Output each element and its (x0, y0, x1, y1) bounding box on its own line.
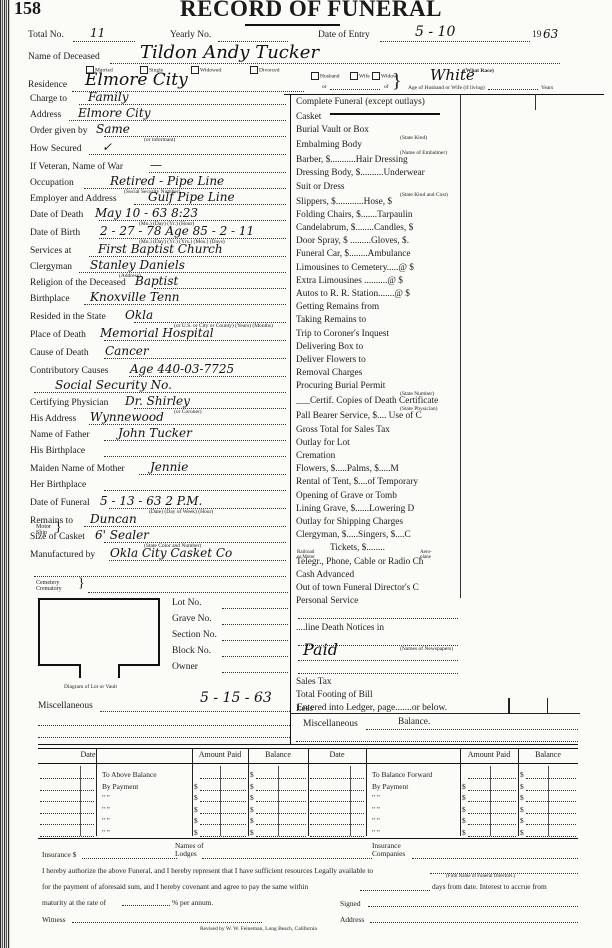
field-value[interactable]: May 10 - 63 8:23 (95, 206, 198, 220)
total-no-line (73, 41, 135, 42)
total-no-value[interactable]: 11 (90, 26, 105, 40)
currency-symbol: $ (462, 828, 466, 837)
diagram-caption: Diagram of Lot or Vault (64, 684, 117, 690)
field-label: How Secured (30, 144, 81, 154)
charge-item-label: Tickets, $........ (330, 543, 385, 553)
right-miscellaneous-field[interactable] (366, 729, 578, 730)
spouse-name-field[interactable] (330, 89, 380, 90)
currency-symbol: $ (462, 816, 466, 825)
field-value[interactable]: ✓ (102, 140, 112, 154)
witness-field[interactable] (72, 922, 262, 923)
charge-item-label: Trip to Coroner's Inquest (296, 329, 389, 339)
entered-into-ledger: Entered into Ledger, page.......or below… (297, 703, 447, 713)
field-line[interactable] (104, 440, 286, 441)
ledger-balance-field[interactable] (526, 790, 576, 791)
field-line[interactable] (104, 358, 286, 359)
field-label: His Birthplace (30, 446, 85, 456)
field-label: Certifying Physician (30, 398, 108, 408)
charge-item-label: Autos to R. R. Station.......@ $ (296, 289, 410, 299)
ledger-date-field[interactable] (310, 813, 364, 814)
maturity-text: maturity at the rate of (42, 898, 106, 907)
right-panel-border (290, 94, 291, 744)
ledger-header: Balance (248, 750, 308, 759)
payment-text-b: days from date. Interest to accrue from (432, 882, 547, 891)
lot-field-label: Grave No. (172, 614, 212, 624)
charge-item-label: Opening of Grave or Tomb (296, 491, 397, 501)
field-label: If Veteran, Name of War (30, 162, 123, 172)
currency-symbol: $ (520, 805, 524, 814)
field-caption: (or informant) (144, 137, 175, 143)
field-line[interactable] (139, 474, 286, 475)
ledger-amount-field[interactable] (200, 824, 246, 825)
field-caption: (or Coroner) (174, 409, 202, 415)
total-no-label: Total No. (28, 30, 64, 40)
charge-item-label: Door Spray, $ .........Gloves, $. (296, 236, 409, 246)
field-value[interactable]: First Baptist Church (98, 242, 223, 256)
field-label: Religion of the Deceased (30, 278, 126, 288)
address-field[interactable] (370, 922, 578, 923)
charge-item-caption: (State Kind and Cost) (400, 192, 448, 198)
ledger-col-divider (366, 748, 367, 836)
charge-item-label: Out of town Funeral Director's C (296, 583, 419, 593)
spouse-age-label: Age of Husband or Wife (if living) (408, 85, 485, 91)
residence-value[interactable]: Elmore City (85, 70, 188, 90)
field-caption: (Date) (Day of Week) (Hour) (149, 509, 213, 515)
charge-item-caption: (Names of Newspapers) (400, 646, 453, 652)
field-line[interactable] (154, 288, 286, 289)
charge-item-label: Casket (296, 112, 321, 122)
field-line[interactable] (129, 376, 286, 377)
charge-item-label: Clergyman, $.....Singers, $....C (296, 530, 411, 540)
days-field[interactable] (360, 890, 430, 891)
currency-symbol: $ (250, 816, 254, 825)
currency-symbol: $ (194, 793, 198, 802)
ledger-date-field[interactable] (40, 801, 94, 802)
right-panel-top-line (284, 94, 604, 95)
ledger-row-label-left: " " (102, 828, 110, 837)
ledger-date-field[interactable] (310, 778, 364, 779)
ledger-amount-field[interactable] (200, 836, 246, 837)
right-panel-divider (460, 94, 461, 598)
ledger-header: Balance (518, 750, 578, 759)
field-value[interactable]: Okla (125, 308, 153, 322)
field-label: Charge to (30, 94, 67, 104)
currency-symbol: $ (194, 816, 198, 825)
lot-field-input[interactable] (222, 672, 288, 673)
charge-item-label: Pall Bearer Service, $.... Use of C (296, 411, 422, 421)
complete-funeral-underline (330, 113, 440, 115)
deceased-name-value[interactable]: Tildon Andy Tucker (140, 42, 319, 63)
ledger-amount-field[interactable] (468, 778, 516, 779)
witness-label: Witness (42, 915, 66, 924)
field-label: Employer and Address (30, 194, 117, 204)
charge-item-label: Barber, $...........Hair Dressing (296, 155, 408, 165)
charge-item-label: Suit or Dress (296, 182, 345, 192)
lot-field-input[interactable] (222, 656, 288, 657)
yearly-no-label: Yearly No. (170, 30, 211, 40)
page-number: 158 (14, 0, 41, 19)
lot-diagram (38, 598, 160, 666)
spouse-of-label: of (384, 84, 389, 90)
ledger-balance-field[interactable] (526, 836, 576, 837)
date-of-entry-value[interactable]: 5 - 10 (415, 24, 455, 40)
field-value[interactable]: Retired - Pipe Line (110, 174, 224, 188)
field-value[interactable]: — (150, 158, 162, 172)
brace: } (55, 520, 62, 536)
charge-item-label: Outlay for Lot (296, 438, 350, 448)
ledger-amount-field[interactable] (200, 801, 246, 802)
field-label: Contributory Causes (30, 366, 108, 376)
field-label: Address (30, 110, 61, 120)
railroad-label: Railroad or Motor (297, 550, 315, 560)
charge-item-label: Balance. (398, 717, 430, 727)
miscellaneous-field-3[interactable] (38, 737, 290, 738)
charge-item-line[interactable] (298, 660, 458, 661)
ledger-row-label-left: By Payment (102, 782, 138, 791)
field-label: Maiden Name of Mother (30, 464, 125, 474)
charge-item-label: Cash Advanced (296, 570, 354, 580)
field-value[interactable]: Cancer (105, 344, 149, 358)
lodges-label: Names of Lodges (175, 842, 204, 858)
brace: } (78, 576, 85, 592)
name-line (110, 63, 560, 64)
ledger-date-field[interactable] (310, 824, 364, 825)
ledger-amount-field[interactable] (468, 813, 516, 814)
paid-scribble: Paid (303, 640, 338, 659)
marital-widowed[interactable]: Widowed (191, 66, 221, 74)
ledger-balance-field[interactable] (526, 778, 576, 779)
field-value[interactable]: Stanley Daniels (90, 258, 185, 272)
field-label: Clergyman (30, 262, 72, 272)
ledger-row-label-left: " " (102, 793, 110, 802)
field-label: Occupation (30, 178, 74, 188)
currency-symbol: $ (250, 782, 254, 791)
ledger-row-label-left: To Above Balance (102, 770, 156, 779)
field-line[interactable] (84, 526, 286, 527)
page-title: RECORD OF FUNERAL (180, 0, 442, 22)
entry-year-prefix: 19 (532, 30, 542, 40)
ledger-row-label-left: " " (102, 805, 110, 814)
charge-item-label: Slippers, $............Hose, $ (296, 197, 392, 207)
diagram-edge (118, 664, 120, 678)
field-line[interactable] (89, 256, 286, 257)
field-value[interactable]: Same (96, 122, 130, 136)
currency-symbol: $ (462, 793, 466, 802)
field-line[interactable] (89, 154, 286, 155)
charge-item-label: ....line Death Notices in (296, 623, 384, 633)
field-value[interactable]: Jennie (150, 460, 188, 474)
field-line[interactable] (79, 104, 286, 105)
field-label: Cause of Death (30, 348, 89, 358)
charge-item-label: Personal Service (296, 596, 358, 606)
field-label: Services at (30, 246, 71, 256)
field-value[interactable]: Elmore City (78, 106, 150, 120)
aeroplane-label: Aero- plane (420, 550, 432, 560)
ledger-date-field[interactable] (310, 836, 364, 837)
currency-symbol: $ (462, 782, 466, 791)
ledger-amount-field[interactable] (468, 801, 516, 802)
ledger-balance-field[interactable] (526, 824, 576, 825)
miscellaneous-field[interactable] (100, 711, 290, 712)
ledger-balance-field[interactable] (526, 813, 576, 814)
ledger-col-divider (460, 748, 461, 836)
ledger-row-label-left: " " (102, 816, 110, 825)
charge-item-label: Funeral Car, $........Ambulance (296, 249, 411, 259)
ledger-balance-field[interactable] (256, 801, 306, 802)
field-line[interactable] (134, 408, 286, 409)
charge-item-label: Burial Vault or Box (296, 125, 369, 135)
miscellaneous-label: Miscellaneous (38, 701, 93, 711)
lodges-field[interactable] (202, 858, 372, 859)
field-label: Her Birthplace (30, 480, 86, 490)
field-line[interactable] (84, 188, 286, 189)
ledger-amount-field[interactable] (468, 824, 516, 825)
charge-item-line[interactable] (298, 673, 458, 674)
ledger-bottom-rule (38, 838, 578, 839)
charge-item-label: Sales Tax (296, 677, 332, 687)
ledger-date-field[interactable] (40, 778, 94, 779)
ledger-row-label-right: By Payment (372, 782, 408, 791)
ledger-balance-field[interactable] (526, 801, 576, 802)
field-value[interactable]: Okla City Casket Co (110, 546, 232, 560)
signed-label: Signed (340, 899, 361, 908)
charge-item-label: Taking Remains to (296, 315, 366, 325)
ledger-amount-field[interactable] (200, 813, 246, 814)
charge-item-label: Extra Limousines ..........@ $ (296, 276, 403, 286)
field-value[interactable]: 2 - 27 - 78 Age 85 - 2 - 11 (100, 224, 254, 238)
currency-symbol: $ (250, 793, 254, 802)
authorize-text: I hereby authorize the above Funeral, an… (42, 866, 373, 875)
charge-item-label: Total Footing of Bill (296, 690, 373, 700)
field-value[interactable]: Dr. Shirley (125, 394, 190, 408)
field-line[interactable] (104, 136, 286, 137)
field-line[interactable] (134, 204, 286, 205)
ledger-date-field[interactable] (310, 790, 364, 791)
right-miscellaneous-field-2[interactable] (296, 741, 578, 742)
field-line[interactable] (104, 340, 286, 341)
charge-item-label: Deliver Flowers to (296, 355, 366, 365)
charge-item-label: Dressing Body, $..........Underwear (296, 168, 425, 178)
field-line[interactable] (34, 392, 286, 393)
insurance-field[interactable] (82, 858, 177, 859)
currency-symbol: $ (194, 828, 198, 837)
field-label: Date of Funeral (30, 498, 90, 508)
lot-field-label: Owner (172, 662, 198, 672)
brace: } (392, 70, 402, 93)
insurance-label: Insurance $ (42, 850, 76, 859)
motor-ship-label: Motor Ship (36, 524, 51, 536)
currency-symbol: $ (520, 828, 524, 837)
field-label: His Address (30, 414, 76, 424)
entry-year-value[interactable]: 63 (543, 27, 558, 41)
residence-label: Residence (28, 80, 67, 90)
lot-field-label: Section No. (172, 630, 217, 640)
field-value[interactable]: John Tucker (118, 426, 192, 440)
spouse-or-label: or (322, 84, 327, 90)
ledger-balance-field[interactable] (256, 813, 306, 814)
ledger-date-field[interactable] (40, 790, 94, 791)
charge-item-label: Candelabrum, $........Candles, $ (296, 223, 413, 233)
currency-symbol: $ (520, 770, 524, 779)
lot-field-label: Block No. (172, 646, 211, 656)
diagram-edge (118, 664, 158, 666)
ledger-amount-field[interactable] (468, 836, 516, 837)
field-label: Place of Death (30, 330, 86, 340)
charge-item-label: Removal Charges (296, 368, 362, 378)
miscellaneous-field-2[interactable] (38, 725, 290, 726)
currency-symbol: $ (250, 828, 254, 837)
spouse-age-field[interactable] (488, 89, 538, 90)
ledger-header: Amount Paid (460, 750, 518, 759)
charge-item-label: Cremation (296, 451, 335, 461)
charge-item-label: Rental of Tent, $....of Temporary (296, 477, 418, 487)
ledger-col (547, 698, 548, 714)
field-value[interactable]: Gulf Pipe Line (148, 190, 235, 204)
field-line[interactable] (34, 576, 286, 577)
charge-item-caption: (State Kind) (400, 135, 427, 141)
field-line[interactable] (89, 424, 286, 425)
field-line[interactable] (104, 456, 286, 457)
spouse-wife[interactable]: Wife (350, 72, 370, 80)
lot-field-input[interactable] (222, 640, 288, 641)
firm-caption: (Firm Name of Funeral Directors.) (446, 874, 515, 879)
charge-item-label: Flowers, $.....Palms, $.....M (296, 464, 399, 474)
revised-by: Revised by W. W. Feineman, Long Beach, C… (200, 926, 317, 932)
cemetery-label: Cemetery Crematory (36, 580, 62, 592)
cemetery-field[interactable] (88, 592, 288, 593)
ledger-amount-field[interactable] (468, 790, 516, 791)
ledger-date-field[interactable] (310, 801, 364, 802)
date-of-entry-label: Date of Entry (318, 30, 370, 40)
currency-symbol: $ (250, 805, 254, 814)
signed-field[interactable] (368, 906, 578, 907)
field-value[interactable]: Social Security No. (55, 378, 172, 392)
ledger-row-label-right: " " (372, 805, 380, 814)
ledger-row-label-right: To Balance Forward (372, 770, 432, 779)
ledger-row-label-right: " " (372, 828, 380, 837)
field-line[interactable] (79, 272, 286, 273)
field-line[interactable] (69, 120, 286, 121)
name-of-deceased-label: Name of Deceased (28, 52, 100, 62)
field-value[interactable]: Knoxville Tenn (90, 290, 180, 304)
currency-symbol: $ (520, 793, 524, 802)
marital-divorced[interactable]: Divorced (250, 66, 279, 74)
currency-symbol: $ (520, 782, 524, 791)
currency-symbol: $ (250, 770, 254, 779)
right-miscellaneous-label: Miscellaneous (303, 719, 358, 729)
title-underline (245, 24, 340, 26)
race-value[interactable]: White (430, 66, 475, 84)
ledger-balance-field[interactable] (256, 790, 306, 791)
field-value[interactable]: 6' Sealer (95, 528, 149, 542)
charge-item-label: Complete Funeral (except outlays) (296, 97, 425, 107)
lot-field-input[interactable] (222, 608, 288, 609)
amount-col-top (535, 94, 536, 110)
ledger-date-field[interactable] (40, 836, 94, 837)
charge-item-label: Folding Chairs, $.......Tarpaulin (296, 210, 413, 220)
field-label: Date of Birth (30, 228, 80, 238)
payment-text: for the payment of aforesaid sum, and I … (42, 882, 308, 891)
ledger-header: Date (40, 750, 136, 759)
charge-item-label: Delivering Box to (296, 342, 363, 352)
companies-field[interactable] (412, 858, 578, 859)
currency-symbol: $ (520, 816, 524, 825)
ledger-col-divider (308, 748, 309, 836)
spouse-years-label: Years (541, 85, 553, 91)
ledger-header: Date (308, 750, 366, 759)
field-label: Name of Father (30, 430, 90, 440)
ledger-row-label-right: " " (372, 816, 380, 825)
field-label: Date of Death (30, 210, 83, 220)
signature-scribble: 5 - 15 - 63 (200, 690, 272, 706)
ledger-col-divider (248, 748, 249, 836)
currency-symbol: $ (462, 805, 466, 814)
ledger-date-field[interactable] (40, 824, 94, 825)
rate-field[interactable] (122, 905, 170, 906)
field-value[interactable]: Family (88, 90, 129, 104)
field-line[interactable] (104, 490, 286, 491)
ledger-rule (290, 713, 580, 714)
ledger-amount-field[interactable] (200, 778, 246, 779)
charge-item-label: Embalming Body (296, 140, 362, 150)
charge-item-label: Gross Total for Sales Tax (296, 425, 390, 435)
ledger-col (508, 698, 510, 714)
currency-symbol: $ (194, 805, 198, 814)
ledger-col-divider (192, 748, 193, 836)
field-value[interactable]: 5 - 13 - 63 2 P.M. (100, 494, 202, 508)
field-value[interactable]: Age 440-03-7725 (130, 362, 234, 376)
ledger-balance-field[interactable] (256, 836, 306, 837)
field-label: Manufactured by (30, 550, 95, 560)
companies-label: Insurance Companies (372, 842, 405, 858)
charge-item-label: Getting Remains from (296, 302, 379, 312)
field-line[interactable] (149, 172, 286, 173)
charge-item-label: Outlay for Shipping Charges (296, 517, 403, 527)
diagram-edge (38, 664, 80, 666)
field-label: Order given by (30, 126, 88, 136)
charge-item-line[interactable] (298, 618, 458, 619)
charge-item-label: ___Certif. Copies of Death Certificate (296, 396, 438, 406)
ledger-header: Amount Paid (192, 750, 248, 759)
field-line[interactable] (109, 560, 286, 561)
ledger-balance-field[interactable] (256, 824, 306, 825)
binder-edge (0, 0, 10, 948)
charge-item-label: Procuring Burial Permit (296, 381, 385, 391)
ledger-col-divider (518, 748, 519, 836)
charge-item-label: Limousines to Cemetery.....@ $ (296, 263, 414, 273)
field-value[interactable]: Memorial Hospital (100, 326, 214, 340)
currency-symbol: $ (194, 782, 198, 791)
field-label: Resided in the State (30, 312, 106, 322)
field-label: Birthplace (30, 294, 70, 304)
ledger-balance-field[interactable] (256, 778, 306, 779)
field-value[interactable]: Baptist (135, 274, 178, 288)
field-value[interactable]: Duncan (90, 512, 137, 526)
field-line[interactable] (84, 304, 286, 305)
ledger-date-field[interactable] (40, 813, 94, 814)
ledger-row-label-right: " " (372, 793, 380, 802)
field-value[interactable]: Wynnewood (90, 410, 164, 424)
ledger-col-divider (96, 748, 97, 836)
diagram-edge (79, 664, 81, 678)
date-of-entry-line (380, 41, 530, 42)
address-label: Address (340, 915, 364, 924)
spouse-husband[interactable]: Husband (311, 72, 340, 80)
lot-field-input[interactable] (222, 624, 288, 625)
ledger-amount-field[interactable] (200, 790, 246, 791)
charge-item-label: Telegr., Phone, Cable or Radio Ch (296, 557, 423, 567)
charge-item-label: Lining Grave, $......Lowering D (296, 504, 414, 514)
